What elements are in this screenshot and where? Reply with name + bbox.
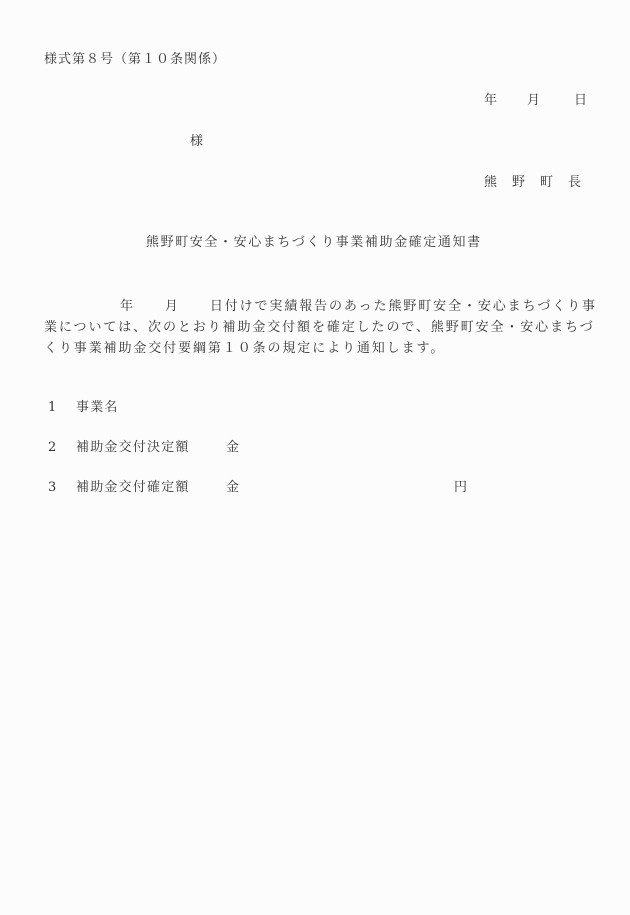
issuer-char: 熊: [484, 175, 512, 191]
issuer-char: 町: [540, 175, 568, 191]
body-year-label: 年: [120, 299, 135, 314]
item-label: 補助金交付確定額: [76, 480, 226, 496]
item-confirmed-amount: 3補助金交付確定額金: [48, 480, 239, 496]
date-month-label: 月: [527, 93, 540, 109]
item-label: 補助金交付決定額: [76, 440, 226, 456]
addressee-suffix: 様: [190, 134, 203, 150]
item-number: 1: [48, 400, 76, 416]
document-page: 様式第８号（第１０条関係） 年月日 様 熊野町長 熊野町安全・安心まちづくり事業…: [0, 0, 630, 915]
item-number: 3: [48, 480, 76, 496]
date-line: 年月日: [484, 93, 587, 109]
item-business-name: 1事業名: [48, 400, 226, 416]
issuer-char: 野: [512, 175, 540, 191]
amount-prefix: 金: [226, 480, 239, 495]
body-line-1: 年月日付けで実績報告のあった熊野町安全・安心まちづくり事: [44, 296, 594, 317]
body-line-3: くり事業補助金交付要綱第１０条の規定により通知します。: [44, 338, 594, 359]
date-day-label: 日: [574, 93, 587, 109]
issuer-char: 長: [568, 175, 581, 191]
body-line-2: 業については、次のとおり補助金交付額を確定したので、熊野町安全・安心まちづ: [44, 317, 594, 338]
item-decided-amount: 2補助金交付決定額金: [48, 440, 239, 456]
amount-prefix: 金: [226, 440, 239, 455]
date-year-label: 年: [484, 93, 497, 109]
item-label: 事業名: [76, 400, 226, 416]
amount-suffix-yen: 円: [454, 480, 467, 496]
item-number: 2: [48, 440, 76, 456]
body-line-1-text: 日付けで実績報告のあった熊野町安全・安心まちづくり事: [210, 299, 597, 314]
form-number: 様式第８号（第１０条関係）: [44, 52, 226, 68]
issuer-name: 熊野町長: [484, 175, 581, 191]
body-month-label: 月: [165, 299, 180, 314]
document-title: 熊野町安全・安心まちづくり事業補助金確定通知書: [146, 235, 482, 251]
body-paragraph: 年月日付けで実績報告のあった熊野町安全・安心まちづくり事 業については、次のとお…: [44, 296, 594, 359]
